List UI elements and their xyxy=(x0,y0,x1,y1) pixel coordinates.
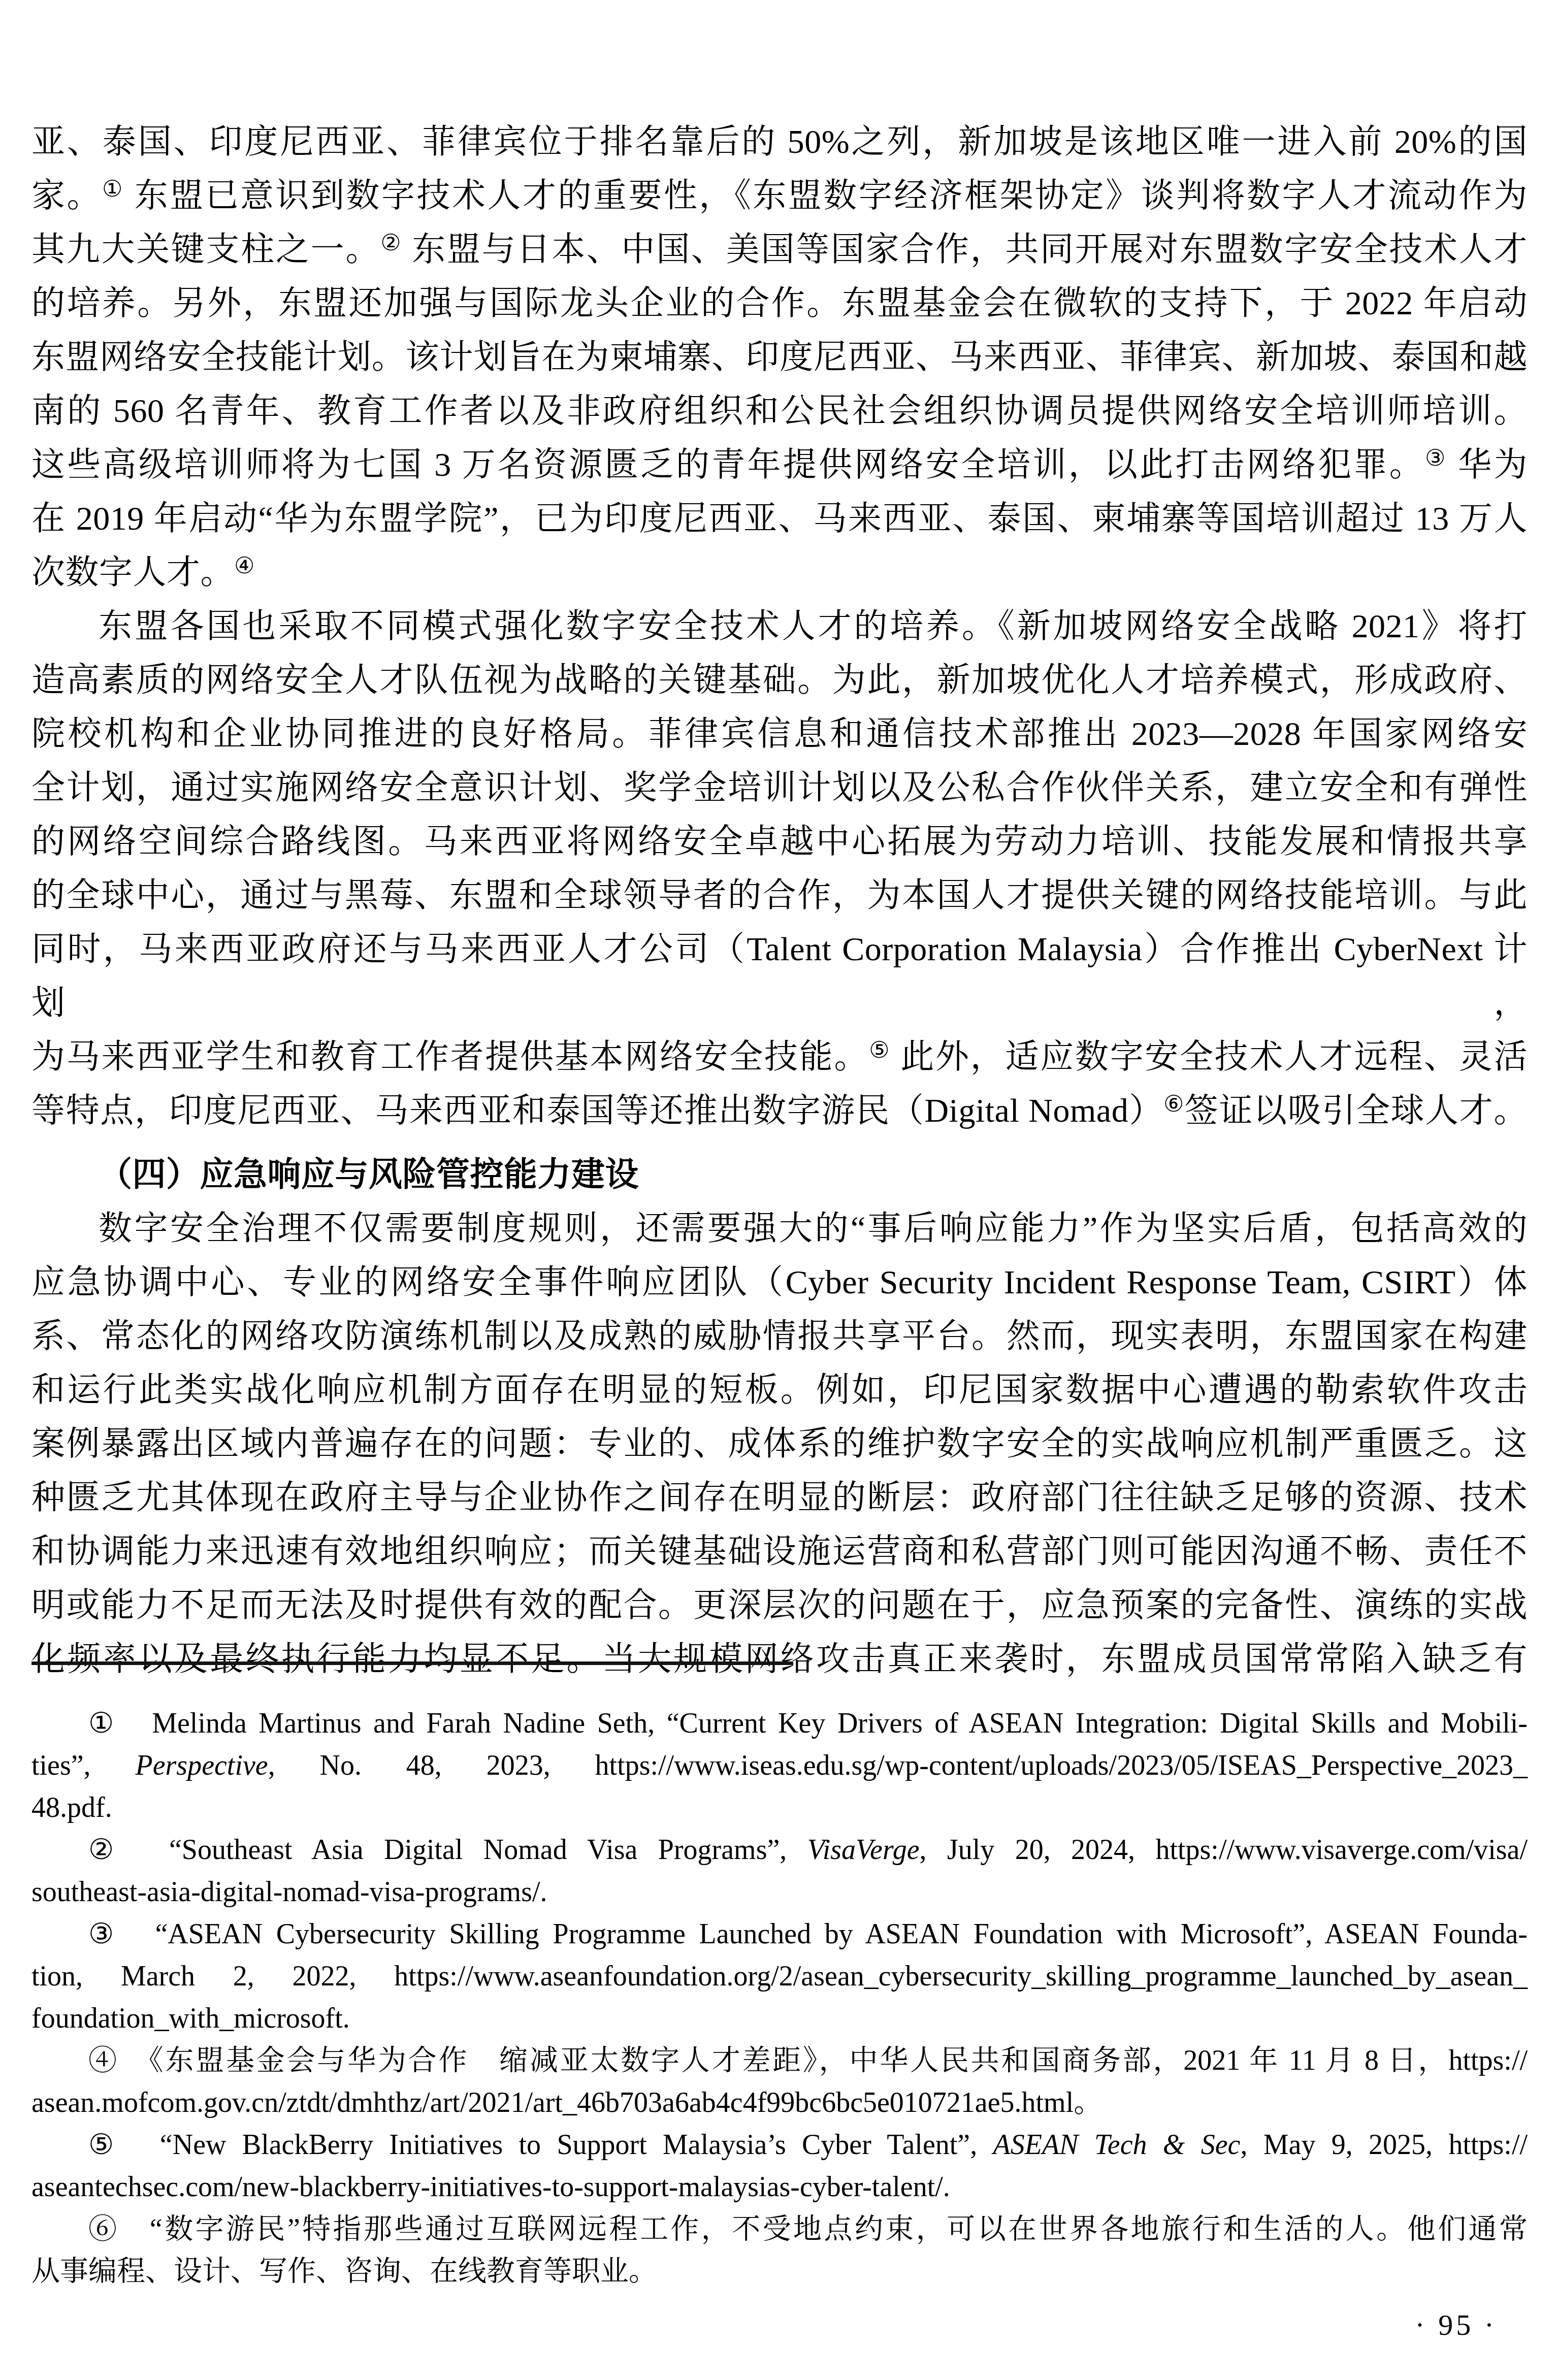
body-line: 明或能力不足而无法及时提供有效的配合。更深层次的问题在于，应急预案的完备性、演练… xyxy=(31,1579,1528,1633)
body-line: 其九大关键支柱之一。② 东盟与日本、中国、美国等国家合作，共同开展对东盟数字安全… xyxy=(31,223,1528,277)
text-segment: aseantechsec.com/new-blackberry-initiati… xyxy=(31,2171,950,2203)
body-line: 家。① 东盟已意识到数字技术人才的重要性，《东盟数字经济框架协定》谈判将数字人才… xyxy=(31,169,1528,223)
footnote-line: aseantechsec.com/new-blackberry-initiati… xyxy=(31,2166,1528,2208)
footnote-ref: ① xyxy=(102,176,124,202)
body-text: 亚、泰国、印度尼西亚、菲律宾位于排名靠后的 50%之列，新加坡是该地区唯一进入前… xyxy=(31,115,1528,1686)
text-segment: ⑥ “数字游民”特指那些通过互联网远程工作，不受地点约束，可以在世界各地旅行和生… xyxy=(88,2213,1528,2245)
body-line: 造高素质的网络安全人才队伍视为战略的关键基础。为此，新加坡优化人才培养模式，形成… xyxy=(31,654,1528,707)
text-segment: southeast-asia-digital-nomad-visa-progra… xyxy=(31,1876,547,1908)
text-segment: 48.pdf. xyxy=(31,1792,112,1823)
text-segment: ① Melinda Martinus and Farah Nadine Seth… xyxy=(88,1708,1528,1739)
text-segment: 数字安全治理不仅需要制度规则，还需要强大的“事后响应能力”作为坚实后盾，包括高效… xyxy=(99,1210,1528,1247)
text-segment: 全计划，通过实施网络安全意识计划、奖学金培训计划以及公私合作伙伴关系，建立安全和… xyxy=(31,769,1528,806)
text-segment: , May 9, 2025, https:// xyxy=(1240,2129,1528,2161)
footnote-ref: ⑥ xyxy=(1163,1091,1185,1117)
text-segment: VisaVerge xyxy=(807,1834,920,1866)
body-line: 和运行此类实战化响应机制方面存在明显的短板。例如，印尼国家数据中心遭遇的勒索软件… xyxy=(31,1363,1528,1417)
text-segment: 其九大关键支柱之一。 xyxy=(31,231,380,268)
text-segment: ③ “ASEAN Cybersecurity Skilling Programm… xyxy=(88,1918,1528,1950)
text-segment: , July 20, 2024, https://www.visaverge.c… xyxy=(920,1834,1528,1866)
text-segment: 和协调能力来迅速有效地组织响应；而关键基础设施运营商和私营部门则可能因沟通不畅、… xyxy=(31,1533,1528,1570)
text-segment: asean.mofcom.gov.cn/ztdt/dmhthz/art/2021… xyxy=(31,2087,1102,2118)
text-segment: 化频率以及最终执行能力均显不足。当大规模网络攻击真正来袭时，东盟成员国常常陷入缺… xyxy=(31,1641,1528,1678)
text-segment: 院校机构和企业协同推进的良好格局。菲律宾信息和通信技术部推出 2023—2028… xyxy=(31,715,1528,753)
text-segment: 东盟网络安全技能计划。该计划旨在为柬埔寨、印度尼西亚、马来西亚、菲律宾、新加坡、… xyxy=(31,339,1528,376)
text-segment: ② “Southeast Asia Digital Nomad Visa Pro… xyxy=(88,1834,807,1866)
text-segment: 签证以吸引全球人才。 xyxy=(1185,1092,1528,1129)
section-heading: （四）应急响应与风险管控能力建设 xyxy=(31,1148,1528,1202)
body-line: 数字安全治理不仅需要制度规则，还需要强大的“事后响应能力”作为坚实后盾，包括高效… xyxy=(31,1202,1528,1256)
text-segment: 和运行此类实战化响应机制方面存在明显的短板。例如，印尼国家数据中心遭遇的勒索软件… xyxy=(31,1372,1528,1409)
text-segment: ASEAN Tech & Sec xyxy=(993,2129,1241,2161)
text-segment: 案例暴露出区域内普遍存在的问题：专业的、成体系的维护数字安全的实战响应机制严重匮… xyxy=(31,1425,1528,1462)
text-segment: 东盟已意识到数字技术人才的重要性，《东盟数字经济框架协定》谈判将数字人才流动作为 xyxy=(124,177,1528,214)
page-number: · 95 · xyxy=(1415,2309,1497,2341)
text-segment: , No. 48, 2023, https://www.iseas.edu.sg… xyxy=(268,1750,1528,1781)
body-line: 全计划，通过实施网络安全意识计划、奖学金培训计划以及公私合作伙伴关系，建立安全和… xyxy=(31,761,1528,815)
body-line: 在 2019 年启动“华为东盟学院”，已为印度尼西亚、马来西亚、泰国、柬埔寨等国… xyxy=(31,492,1528,546)
body-line: 应急协调中心、专业的网络安全事件响应团队（Cyber Security Inci… xyxy=(31,1256,1528,1310)
body-line: 为马来西亚学生和教育工作者提供基本网络安全技能。⑤ 此外，适应数字安全技术人才远… xyxy=(31,1030,1528,1084)
footnote-line: tion, March 2, 2022, https://www.aseanfo… xyxy=(31,1955,1528,1998)
text-segment: foundation_with_microsoft. xyxy=(31,2003,350,2034)
footnote-line: ⑥ “数字游民”特指那些通过互联网远程工作，不受地点约束，可以在世界各地旅行和生… xyxy=(31,2208,1528,2251)
footnote-line: asean.mofcom.gov.cn/ztdt/dmhthz/art/2021… xyxy=(31,2082,1528,2124)
text-segment: （四）应急响应与风险管控能力建设 xyxy=(99,1156,639,1193)
text-segment: 应急协调中心、专业的网络安全事件响应团队（Cyber Security Inci… xyxy=(31,1264,1528,1301)
body-line: 院校机构和企业协同推进的良好格局。菲律宾信息和通信技术部推出 2023—2028… xyxy=(31,707,1528,761)
text-segment: 东盟各国也采取不同模式强化数字安全技术人才的培养。《新加坡网络安全战略 2021… xyxy=(99,608,1528,645)
document-page: 亚、泰国、印度尼西亚、菲律宾位于排名靠后的 50%之列，新加坡是该地区唯一进入前… xyxy=(0,0,1557,2380)
body-line: 这些高级培训师将为七国 3 万名资源匮乏的青年提供网络安全培训，以此打击网络犯罪… xyxy=(31,438,1528,492)
body-line: 的全球中心，通过与黑莓、东盟和全球领导者的合作，为本国人才提供关键的网络技能培训… xyxy=(31,869,1528,923)
text-segment: 同时，马来西亚政府还与马来西亚人才公司（Talent Corporation M… xyxy=(31,931,1528,1022)
footnote-line: foundation_with_microsoft. xyxy=(31,1998,1528,2040)
footnote-ref: ③ xyxy=(1425,445,1447,471)
footnote-line: ⑤ “New BlackBerry Initiatives to Support… xyxy=(31,2124,1528,2166)
text-segment: 种匮乏尤其体现在政府主导与企业协作之间存在明显的断层：政府部门往往缺乏足够的资源… xyxy=(31,1479,1528,1516)
text-segment: 的网络空间综合路线图。马来西亚将网络安全卓越中心拓展为劳动力培训、技能发展和情报… xyxy=(31,823,1528,860)
text-segment: ④ 《东盟基金会与华为合作 缩减亚太数字人才差距》，中华人民共和国商务部，202… xyxy=(88,2045,1528,2076)
body-line: 种匮乏尤其体现在政府主导与企业协作之间存在明显的断层：政府部门往往缺乏足够的资源… xyxy=(31,1471,1528,1525)
footnote-line: 48.pdf. xyxy=(31,1787,1528,1829)
footnote-line: ② “Southeast Asia Digital Nomad Visa Pro… xyxy=(31,1829,1528,1871)
text-segment: 这些高级培训师将为七国 3 万名资源匮乏的青年提供网络安全培训，以此打击网络犯罪… xyxy=(31,446,1425,483)
body-line: 东盟网络安全技能计划。该计划旨在为柬埔寨、印度尼西亚、马来西亚、菲律宾、新加坡、… xyxy=(31,331,1528,384)
text-segment: 亚、泰国、印度尼西亚、菲律宾位于排名靠后的 50%之列，新加坡是该地区唯一进入前… xyxy=(31,123,1528,160)
text-segment: 为马来西亚学生和教育工作者提供基本网络安全技能。 xyxy=(31,1038,869,1075)
text-segment: 家。 xyxy=(31,177,102,214)
text-segment: 此外，适应数字安全技术人才远程、灵活 xyxy=(891,1038,1528,1075)
footnotes-block: ① Melinda Martinus and Farah Nadine Seth… xyxy=(31,1703,1528,2293)
footnote-separator xyxy=(31,1661,793,1665)
text-segment: 系、常态化的网络攻防演练机制以及成熟的威胁情报共享平台。然而，现实表明，东盟国家… xyxy=(31,1318,1528,1355)
footnote-line: ties”, Perspective, No. 48, 2023, https:… xyxy=(31,1745,1528,1787)
body-line: 的培养。另外，东盟还加强与国际龙头企业的合作。东盟基金会在微软的支持下，于 20… xyxy=(31,277,1528,331)
footnote-ref: ④ xyxy=(234,553,255,578)
footnote-line: ① Melinda Martinus and Farah Nadine Seth… xyxy=(31,1703,1528,1745)
text-segment: 造高素质的网络安全人才队伍视为战略的关键基础。为此，新加坡优化人才培养模式，形成… xyxy=(31,662,1528,699)
text-segment: 的培养。另外，东盟还加强与国际龙头企业的合作。东盟基金会在微软的支持下，于 20… xyxy=(31,285,1528,322)
body-line: 东盟各国也采取不同模式强化数字安全技术人才的培养。《新加坡网络安全战略 2021… xyxy=(31,600,1528,654)
body-line: 南的 560 名青年、教育工作者以及非政府组织和公民社会组织协调员提供网络安全培… xyxy=(31,384,1528,438)
text-segment: 明或能力不足而无法及时提供有效的配合。更深层次的问题在于，应急预案的完备性、演练… xyxy=(31,1587,1528,1624)
body-line: 化频率以及最终执行能力均显不足。当大规模网络攻击真正来袭时，东盟成员国常常陷入缺… xyxy=(31,1633,1528,1686)
body-line: 同时，马来西亚政府还与马来西亚人才公司（Talent Corporation M… xyxy=(31,923,1528,1030)
text-segment: Perspective xyxy=(136,1750,268,1781)
body-line: 系、常态化的网络攻防演练机制以及成熟的威胁情报共享平台。然而，现实表明，东盟国家… xyxy=(31,1310,1528,1363)
text-segment: ⑤ “New BlackBerry Initiatives to Support… xyxy=(88,2129,993,2161)
footnote-line: ③ “ASEAN Cybersecurity Skilling Programm… xyxy=(31,1913,1528,1955)
footnote-ref: ② xyxy=(380,230,402,255)
text-segment: 次数字人才。 xyxy=(31,554,234,591)
body-line: 亚、泰国、印度尼西亚、菲律宾位于排名靠后的 50%之列，新加坡是该地区唯一进入前… xyxy=(31,115,1528,169)
body-line: 案例暴露出区域内普遍存在的问题：专业的、成体系的维护数字安全的实战响应机制严重匮… xyxy=(31,1417,1528,1471)
text-segment: tion, March 2, 2022, https://www.aseanfo… xyxy=(31,1961,1528,1992)
text-segment: ties”, xyxy=(31,1750,136,1781)
body-line: 次数字人才。④ xyxy=(31,546,1528,600)
text-segment: 从事编程、设计、写作、咨询、在线教育等职业。 xyxy=(31,2256,657,2287)
body-line: 和协调能力来迅速有效地组织响应；而关键基础设施运营商和私营部门则可能因沟通不畅、… xyxy=(31,1525,1528,1579)
text-segment: 在 2019 年启动“华为东盟学院”，已为印度尼西亚、马来西亚、泰国、柬埔寨等国… xyxy=(31,500,1528,537)
text-segment: 等特点，印度尼西亚、马来西亚和泰国等还推出数字游民（Digital Nomad） xyxy=(31,1092,1163,1129)
footnote-ref: ⑤ xyxy=(869,1037,891,1063)
text-segment: 南的 560 名青年、教育工作者以及非政府组织和公民社会组织协调员提供网络安全培… xyxy=(31,393,1528,430)
body-line: 等特点，印度尼西亚、马来西亚和泰国等还推出数字游民（Digital Nomad）… xyxy=(31,1084,1528,1138)
body-line: 的网络空间综合路线图。马来西亚将网络安全卓越中心拓展为劳动力培训、技能发展和情报… xyxy=(31,815,1528,869)
text-segment: 华为 xyxy=(1448,446,1528,483)
footnote-line: 从事编程、设计、写作、咨询、在线教育等职业。 xyxy=(31,2251,1528,2293)
text-segment: 东盟与日本、中国、美国等国家合作，共同开展对东盟数字安全技术人才 xyxy=(402,231,1528,268)
footnote-line: ④ 《东盟基金会与华为合作 缩减亚太数字人才差距》，中华人民共和国商务部，202… xyxy=(31,2040,1528,2082)
footnote-line: southeast-asia-digital-nomad-visa-progra… xyxy=(31,1871,1528,1913)
text-segment: 的全球中心，通过与黑莓、东盟和全球领导者的合作，为本国人才提供关键的网络技能培训… xyxy=(31,877,1528,914)
